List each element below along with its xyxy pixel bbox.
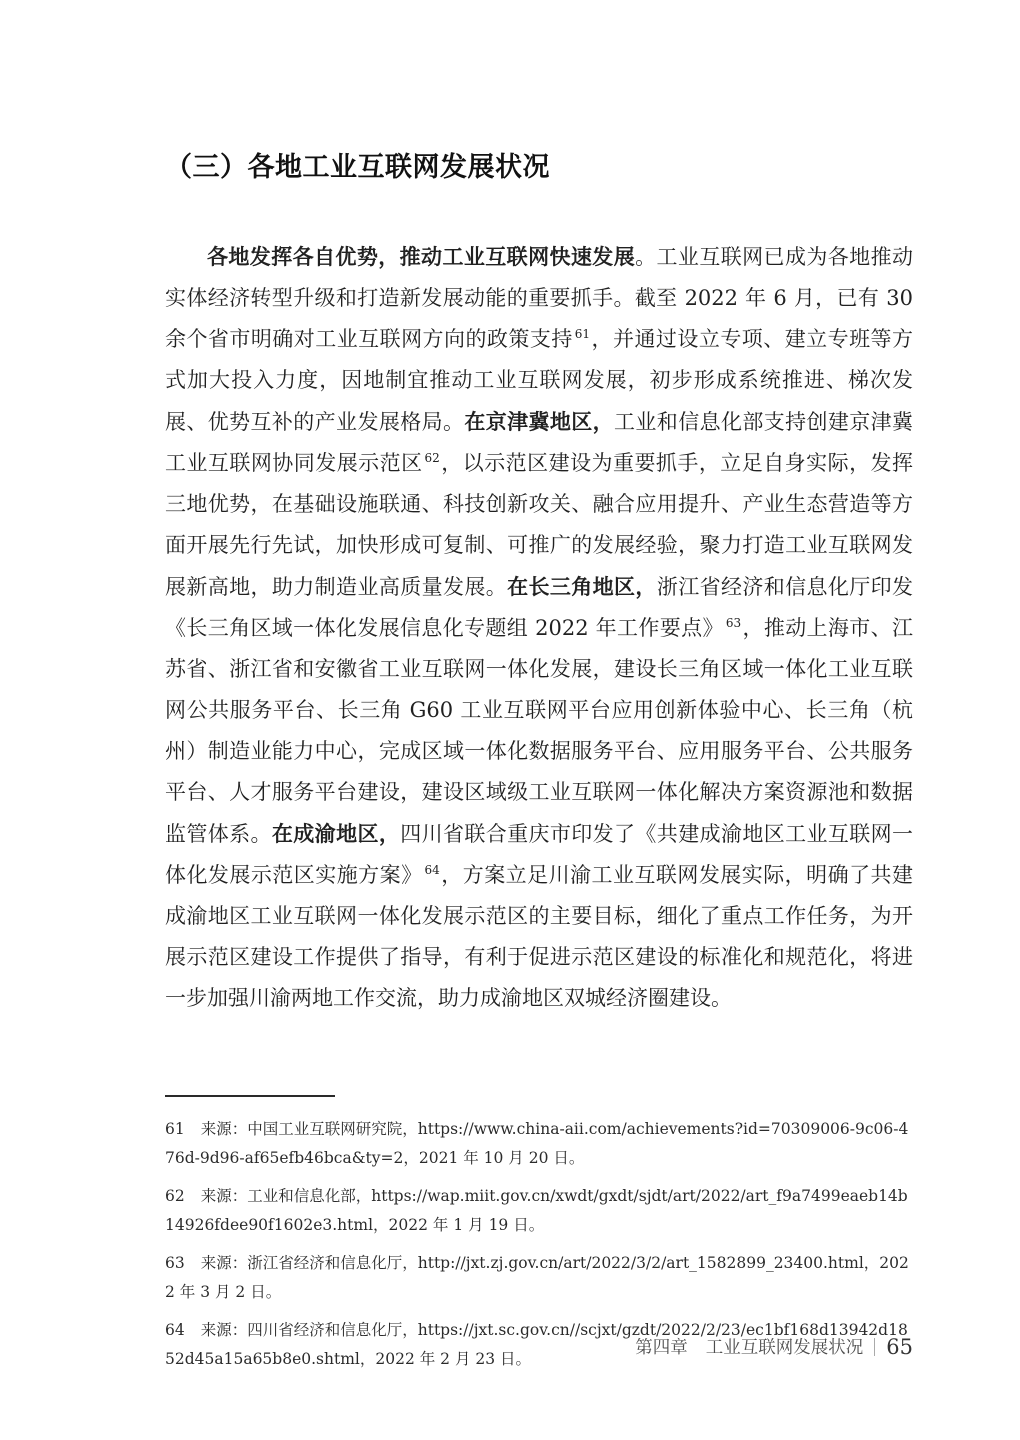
footnote-number: 63 — [165, 1254, 185, 1272]
section-heading: （三）各地工业互联网发展状况 — [165, 0, 913, 186]
footnote-ref: 64 — [425, 863, 440, 877]
footer-section-title: 工业互联网发展状况 — [706, 1334, 864, 1359]
bold-text-run: 各地发挥各自优势，推动工业互联网快速发展 — [207, 244, 635, 269]
document-page: （三）各地工业互联网发展状况 各地发挥各自优势，推动工业互联网快速发展。工业互联… — [0, 0, 1020, 1440]
text-run: ，推动上海市、江苏省、浙江省和安徽省工业互联网一体化发展，建设长三角区域一体化工… — [165, 616, 913, 846]
body-paragraph: 各地发挥各自优势，推动工业互联网快速发展。工业互联网已成为各地推动实体经济转型升… — [165, 236, 913, 1019]
bold-text-run: 在京津冀地区， — [464, 409, 614, 434]
footnote-number: 62 — [165, 1187, 185, 1205]
footnote-ref: 63 — [726, 616, 741, 630]
bold-text-run: 在长三角地区， — [507, 574, 657, 599]
page-footer: 第四章 工业互联网发展状况 65 — [635, 1334, 913, 1359]
footnote-item: 63来源：浙江省经济和信息化厅，http://jxt.zj.gov.cn/art… — [165, 1249, 913, 1307]
bold-text-run: 在成渝地区， — [272, 821, 400, 846]
footnote-number: 61 — [165, 1120, 185, 1138]
footnote-item: 62来源：工业和信息化部，https://wap.miit.gov.cn/xwd… — [165, 1182, 913, 1240]
footer-page-number: 65 — [886, 1335, 913, 1359]
footnote-ref: 61 — [575, 327, 590, 341]
footnote-ref: 62 — [425, 451, 440, 465]
footer-chapter: 第四章 — [635, 1334, 688, 1359]
footnote-item: 61来源：中国工业互联网研究院，https://www.china-aii.co… — [165, 1115, 913, 1173]
footnote-separator — [165, 1095, 335, 1097]
footer-divider — [874, 1338, 875, 1356]
content-column: （三）各地工业互联网发展状况 各地发挥各自优势，推动工业互联网快速发展。工业互联… — [165, 0, 913, 1383]
footnote-number: 64 — [165, 1321, 185, 1339]
